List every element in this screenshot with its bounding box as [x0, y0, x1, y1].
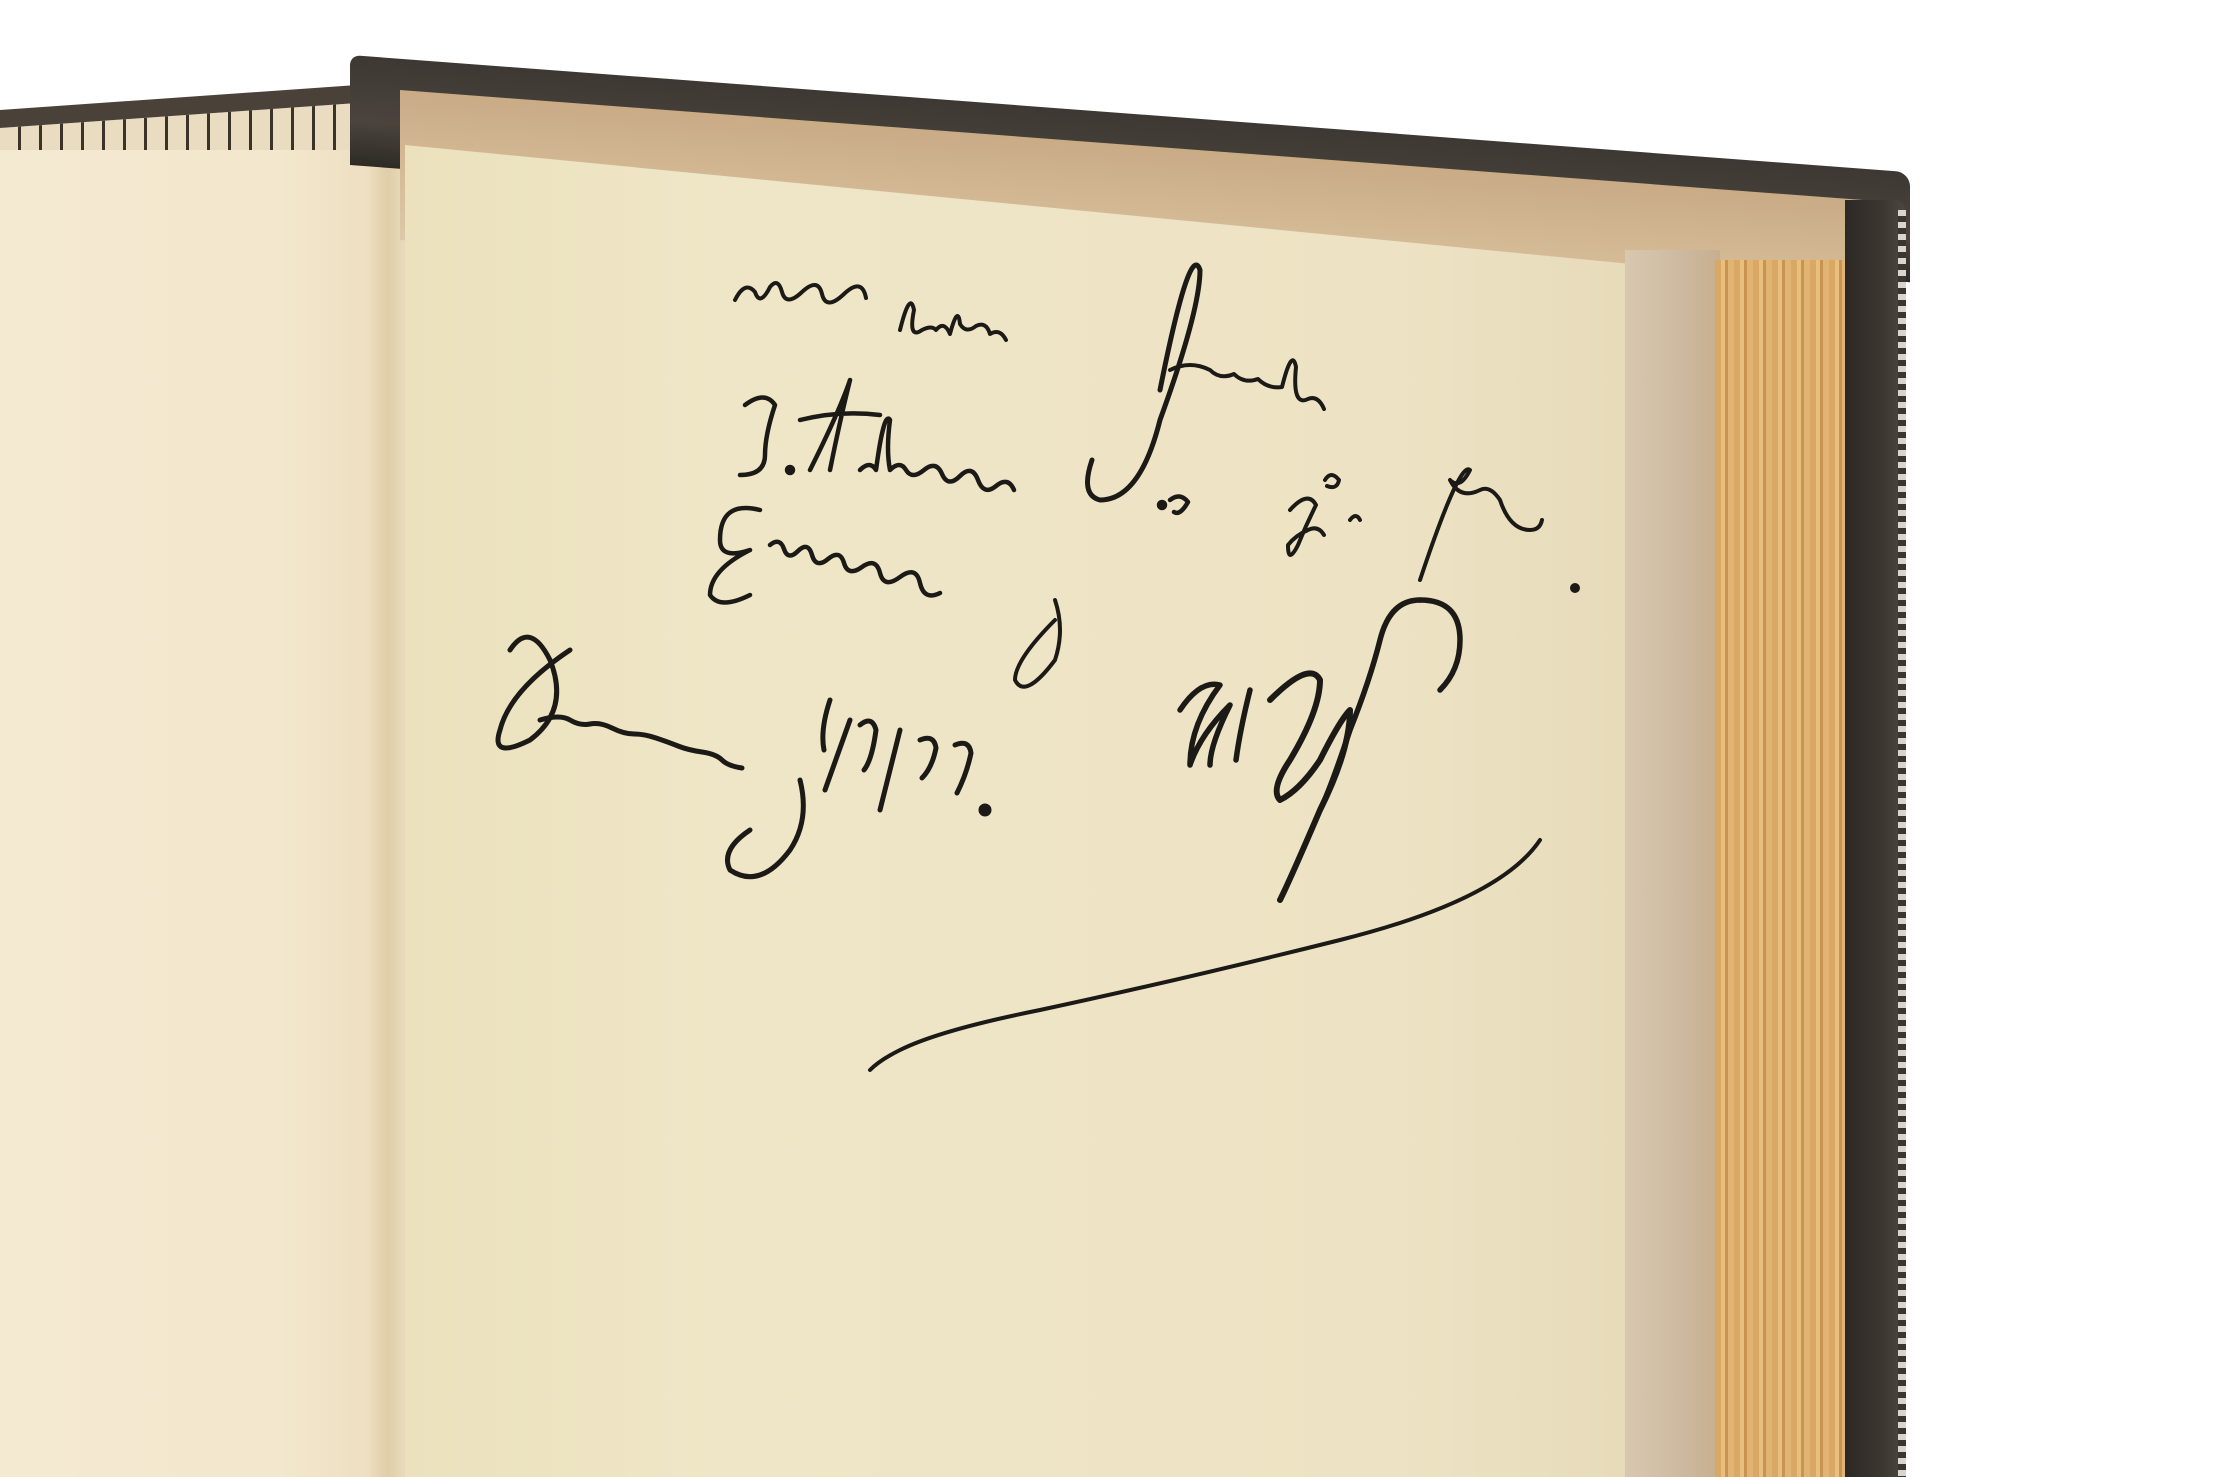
handwriting-strokes — [0, 0, 2216, 1477]
handwritten-inscription: Meinem lieben Freunde G. Anthemis zur fr… — [0, 0, 2216, 1477]
inscription-signature: W. Hof — [1180, 680, 1447, 773]
